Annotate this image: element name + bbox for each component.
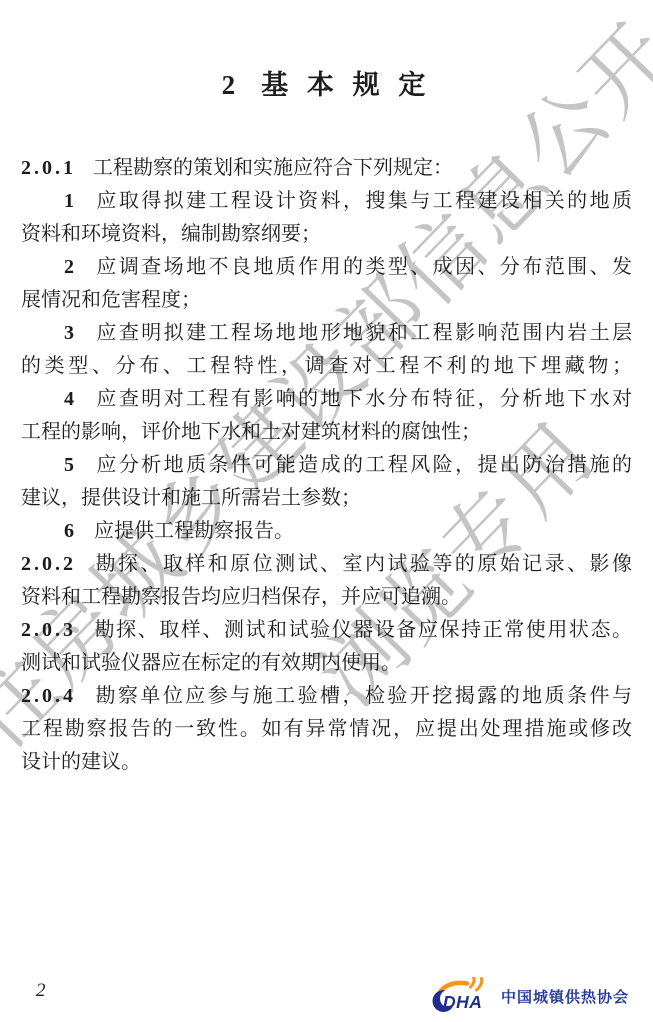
clause-line: 2应调查场地不良地质作用的类型、成因、分布范围、发 [21, 251, 632, 284]
page-number: 2 [36, 980, 46, 1002]
line-text: 应查明拟建工程场地地形地貌和工程影响范围内岩土层 [94, 322, 632, 344]
clause-number: 2.0.1 [21, 157, 76, 179]
line-text: 工程勘察报告的一致性。如有异常情况，应提出处理措施或修改 [21, 718, 632, 740]
line-text: 建议，提供设计和施工所需岩土参数； [21, 487, 361, 509]
text-line: 的类型、分布、工程特性，调查对工程不利的地下埋藏物； [21, 350, 632, 383]
text-line: 展情况和危害程度； [21, 284, 632, 317]
clause-line: 3应查明拟建工程场地地形地貌和工程影响范围内岩土层 [21, 317, 632, 350]
text-line: 测试和试验仪器应在标定的有效期内使用。 [21, 647, 632, 680]
line-text: 应取得拟建工程设计资料，搜集与工程建设相关的地质 [94, 190, 632, 212]
line-text: 工程的影响，评价地下水和土对建筑材料的腐蚀性； [21, 421, 481, 443]
line-text: 资料和工程勘察报告均应归档保存，并应可追溯。 [21, 586, 461, 608]
chapter-number: 2 [222, 70, 236, 100]
clause-line: 4应查明对工程有影响的地下水分布特征，分析地下水对 [21, 383, 632, 416]
line-text: 应分析地质条件可能造成的工程风险，提出防治措施的 [94, 454, 632, 476]
clause-number: 6 [64, 520, 77, 542]
line-text: 勘探、取样、测试和试验仪器设备应保持正常使用状态。 [93, 619, 632, 641]
text-line: 资料和环境资料，编制勘察纲要； [21, 218, 632, 251]
text-line: 工程的影响，评价地下水和土对建筑材料的腐蚀性； [21, 416, 632, 449]
clause-number: 2 [64, 256, 77, 278]
clause-number: 5 [64, 454, 77, 476]
text-line: 资料和工程勘察报告均应归档保存，并应可追溯。 [21, 581, 632, 614]
text-line: 工程勘察报告的一致性。如有异常情况，应提出处理措施或修改 [21, 713, 632, 746]
clause-line: 1应取得拟建工程设计资料，搜集与工程建设相关的地质 [21, 185, 632, 218]
clause-number: 2.0.2 [21, 553, 76, 575]
cdha-logo-icon: DHA [430, 977, 494, 1015]
line-text: 展情况和危害程度； [21, 289, 201, 311]
line-text: 的类型、分布、工程特性，调查对工程不利的地下埋藏物； [21, 355, 632, 377]
chapter-title: 2基 本 规 定 [0, 68, 653, 102]
clause-line: 6应提供工程勘察报告。 [21, 515, 632, 548]
document-page: 住房城乡建设部信息公开 浏览专用 2基 本 规 定 2.0.1工程勘察的策划和实… [0, 0, 653, 1022]
line-text: 设计的建议。 [21, 751, 141, 773]
line-text: 应查明对工程有影响的地下水分布特征，分析地下水对 [94, 388, 632, 410]
clause-line: 5应分析地质条件可能造成的工程风险，提出防治措施的 [21, 449, 632, 482]
line-text: 应调查场地不良地质作用的类型、成因、分布范围、发 [94, 256, 632, 278]
line-text: 应提供工程勘察报告。 [94, 520, 294, 542]
line-text: 工程勘察的策划和实施应符合下列规定： [93, 157, 453, 179]
document-lines: 2.0.1工程勘察的策划和实施应符合下列规定：1应取得拟建工程设计资料，搜集与工… [21, 152, 632, 779]
clause-line: 2.0.1工程勘察的策划和实施应符合下列规定： [21, 152, 632, 185]
text-line: 设计的建议。 [21, 746, 632, 779]
text-line: 建议，提供设计和施工所需岩土参数； [21, 482, 632, 515]
clause-number: 2.0.3 [21, 619, 76, 641]
association-logo: DHA 中国城镇供热协会 [430, 977, 629, 1015]
clause-number: 1 [64, 190, 77, 212]
clause-number: 2.0.4 [21, 685, 76, 707]
clause-line: 2.0.2勘探、取样和原位测试、室内试验等的原始记录、影像 [21, 548, 632, 581]
clause-line: 2.0.3勘探、取样、测试和试验仪器设备应保持正常使用状态。 [21, 614, 632, 647]
clause-number: 4 [64, 388, 77, 410]
chapter-name: 基 本 规 定 [261, 70, 431, 100]
line-text: 测试和试验仪器应在标定的有效期内使用。 [21, 652, 401, 674]
logo-acronym: DHA [443, 992, 482, 1012]
line-text: 勘察单位应参与施工验槽，检验开挖揭露的地质条件与 [93, 685, 632, 707]
clause-line: 2.0.4勘察单位应参与施工验槽，检验开挖揭露的地质条件与 [21, 680, 632, 713]
line-text: 资料和环境资料，编制勘察纲要； [21, 223, 321, 245]
logo-name: 中国城镇供热协会 [501, 986, 629, 1007]
line-text: 勘探、取样和原位测试、室内试验等的原始记录、影像 [93, 553, 632, 575]
clause-number: 3 [64, 322, 77, 344]
